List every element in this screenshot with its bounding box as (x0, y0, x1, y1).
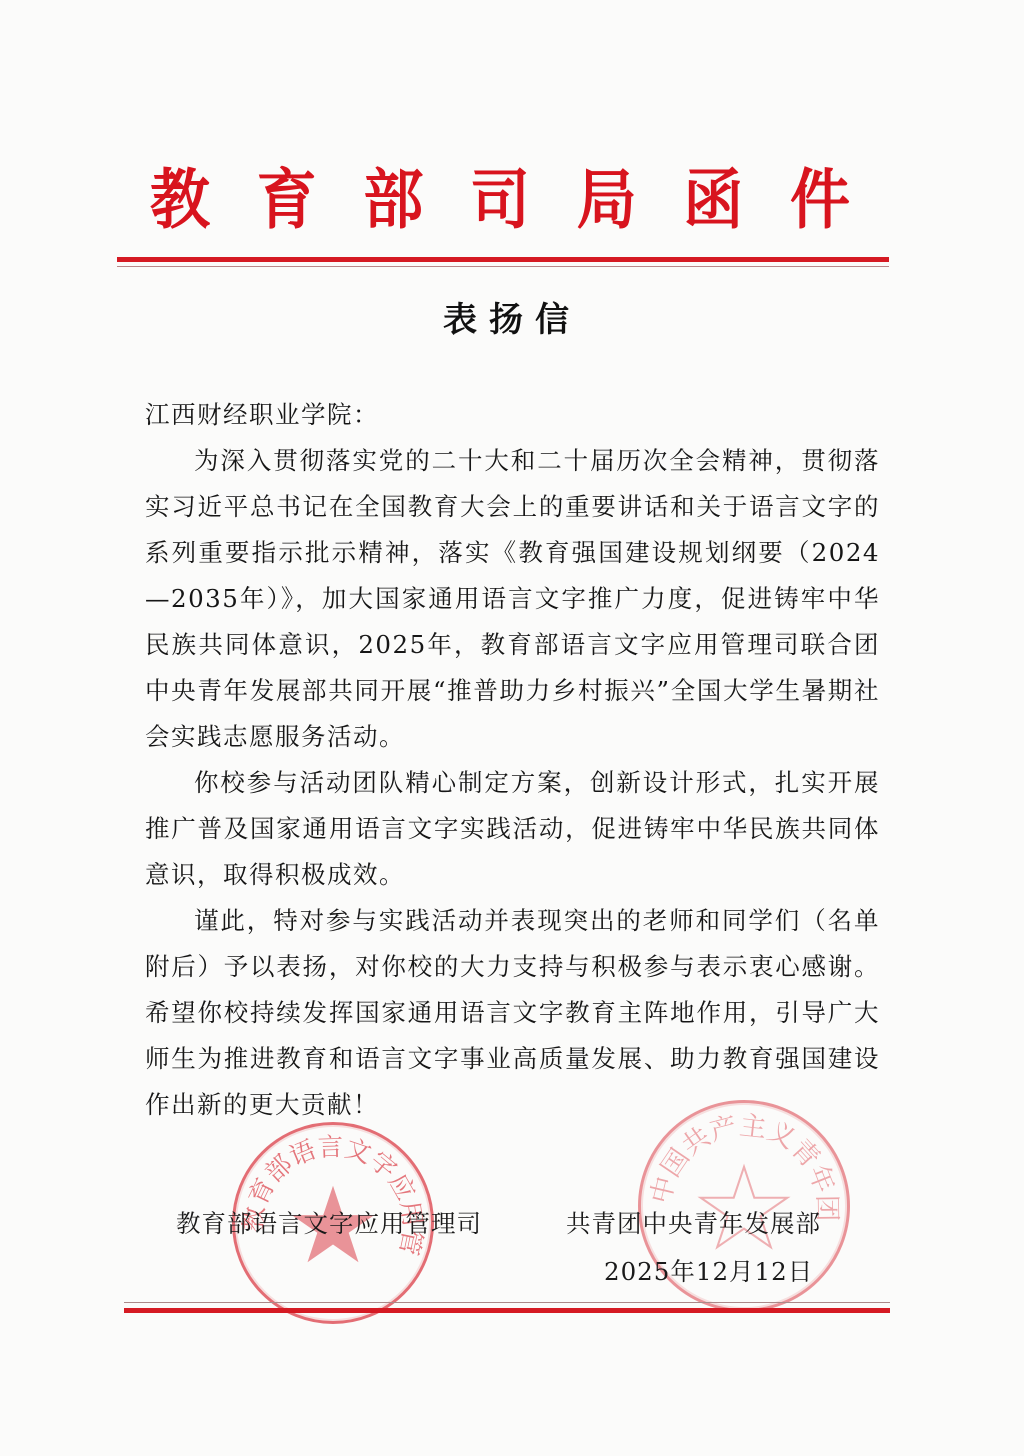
letterhead-char: 育 (257, 149, 317, 242)
footer-divider-thick (124, 1308, 890, 1313)
header-divider-thin (117, 266, 889, 267)
letterhead-char: 部 (363, 149, 423, 242)
letterhead-char: 司 (470, 149, 530, 242)
salutation: 江西财经职业学院： (145, 392, 880, 438)
paragraph-3: 谨此，特对参与实践活动并表现突出的老师和同学们（名单附后）予以表扬，对你校的大力… (145, 898, 880, 1128)
letterhead-title: 教 育 部 司 局 函 件 (150, 150, 850, 240)
document-page: 教 育 部 司 局 函 件 表扬信 江西财经职业学院： 为深入贯彻落实党的二十大… (0, 0, 1024, 1456)
paragraph-1: 为深入贯彻落实党的二十大和二十届历次全会精神，贯彻落实习近平总书记在全国教育大会… (145, 438, 880, 760)
letter-body: 江西财经职业学院： 为深入贯彻落实党的二十大和二十届历次全会精神，贯彻落实习近平… (145, 392, 880, 1128)
document-title: 表扬信 (0, 292, 1024, 341)
footer-divider-thin (124, 1302, 890, 1303)
letterhead-char: 件 (790, 149, 850, 242)
letterhead-char: 函 (683, 149, 743, 242)
issue-date: 2025年12月12日 (604, 1253, 813, 1288)
header-divider-thick (117, 257, 889, 262)
paragraph-2: 你校参与活动团队精心制定方案，创新设计形式，扎实开展推广普及国家通用语言文字实践… (145, 760, 880, 898)
letterhead-char: 教 (150, 149, 210, 242)
signatory-right: 共青团中央青年发展部 (566, 1205, 821, 1240)
letterhead-char: 局 (577, 149, 637, 242)
signatory-left: 教育部语言文字应用管理司 (176, 1205, 482, 1240)
